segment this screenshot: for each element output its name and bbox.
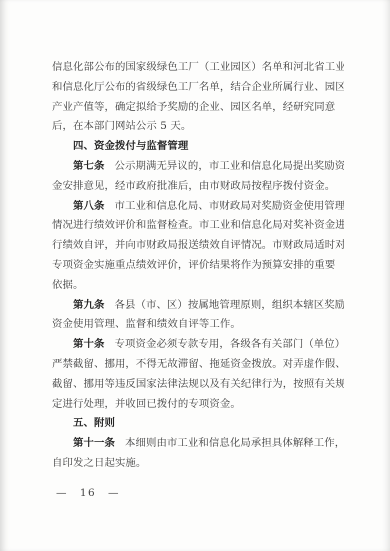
text-line: 第九条各县（市、区）按属地管理原则，组织本辖区奖励 [52, 296, 344, 316]
text-line: 和信息化厅公布的省级绿色工厂名单，结合企业所属行业、园区 [52, 78, 344, 98]
article-number: 第九条 [73, 299, 104, 311]
page-number: — 16 — [56, 487, 120, 499]
line-text: 资金使用管理、监督和绩效自评等工作。 [52, 318, 241, 330]
text-line: 行绩效自评，并向市财政局报送绩效自评情况。市财政局适时对 [52, 236, 344, 256]
article-number: 第八条 [73, 200, 104, 212]
text-line: 截留、挪用等违反国家法律法规以及有关纪律行为，按照有关规 [52, 375, 344, 395]
text-line: 产业产值等，确定拟给予奖励的企业、园区名单，经研究同意 [52, 98, 344, 118]
text-line: 第八条市工业和信息化局、市财政局对奖励资金使用管理 [52, 197, 344, 217]
document-page: 信息化部公布的国家级绿色工厂（工业园区）名单和河北省工业和信息化厅公布的省级绿色… [0, 0, 390, 551]
line-text: 本细则由市工业和信息化局承担具体解释工作， [125, 437, 344, 449]
line-text: 依据。 [52, 279, 83, 291]
text-line: 金安排意见，经市政府批准后，由市财政局按程序拨付资金。 [52, 177, 344, 197]
text-line: 专项资金实施重点绩效评价，评价结果将作为预算安排的重要 [52, 256, 344, 276]
text-line: 自印发之日起实施。 [52, 454, 344, 474]
line-text: 专项资金实施重点绩效评价，评价结果将作为预算安排的重要 [52, 259, 335, 271]
text-line: 第十条专项资金必须专款专用，各级各有关部门（单位） [52, 335, 344, 355]
line-text: 严禁截留、挪用，不得无故滞留、拖延资金拨放。对弄虚作假、 [52, 358, 344, 370]
line-text: 定进行处理，并收回已拨付的专项资金。 [52, 398, 241, 410]
text-line: 后，在本部门网站公示 5 天。 [52, 117, 344, 137]
document-body: 信息化部公布的国家级绿色工厂（工业园区）名单和河北省工业和信息化厅公布的省级绿色… [52, 58, 344, 474]
line-text: 公示期满无异议的，市工业和信息化局提出奖励资 [114, 160, 344, 172]
line-text: 行绩效自评，并向市财政局报送绩效自评情况。市财政局适时对 [52, 239, 344, 251]
line-text: 专项资金必须专款专用，各级各有关部门（单位） [114, 338, 344, 350]
text-line: 第七条公示期满无异议的，市工业和信息化局提出奖励资 [52, 157, 344, 177]
line-text: 截留、挪用等违反国家法律法规以及有关纪律行为，按照有关规 [52, 378, 344, 390]
article-number: 第十条 [73, 338, 104, 350]
line-text: 市工业和信息化局、市财政局对奖励资金使用管理 [114, 200, 344, 212]
text-line: 情况进行绩效评价和监督检查。市工业和信息化局对奖补资金进 [52, 216, 344, 236]
line-text: 和信息化厅公布的省级绿色工厂名单，结合企业所属行业、园区 [52, 81, 344, 93]
text-line: 严禁截留、挪用，不得无故滞留、拖延资金拨放。对弄虚作假、 [52, 355, 344, 375]
text-line: 信息化部公布的国家级绿色工厂（工业园区）名单和河北省工业 [52, 58, 344, 78]
section-heading: 四、资金拨付与监督管理 [52, 137, 344, 157]
line-text: 四、资金拨付与监督管理 [73, 140, 188, 152]
line-text: 五、附则 [73, 417, 115, 429]
article-number: 第十一条 [73, 437, 115, 449]
section-heading: 五、附则 [52, 414, 344, 434]
line-text: 产业产值等，确定拟给予奖励的企业、园区名单，经研究同意 [52, 101, 335, 113]
text-line: 定进行处理，并收回已拨付的专项资金。 [52, 395, 344, 415]
line-text: 情况进行绩效评价和监督检查。市工业和信息化局对奖补资金进 [52, 219, 344, 231]
line-text: 自印发之日起实施。 [52, 457, 146, 469]
article-number: 第七条 [73, 160, 104, 172]
text-line: 资金使用管理、监督和绩效自评等工作。 [52, 315, 344, 335]
line-text: 各县（市、区）按属地管理原则，组织本辖区奖励 [114, 299, 344, 311]
line-text: 后，在本部门网站公示 5 天。 [52, 120, 191, 132]
text-line: 第十一条本细则由市工业和信息化局承担具体解释工作， [52, 434, 344, 454]
line-text: 信息化部公布的国家级绿色工厂（工业园区）名单和河北省工业 [52, 61, 344, 73]
text-line: 依据。 [52, 276, 344, 296]
line-text: 金安排意见，经市政府批准后，由市财政局按程序拨付资金。 [52, 180, 335, 192]
